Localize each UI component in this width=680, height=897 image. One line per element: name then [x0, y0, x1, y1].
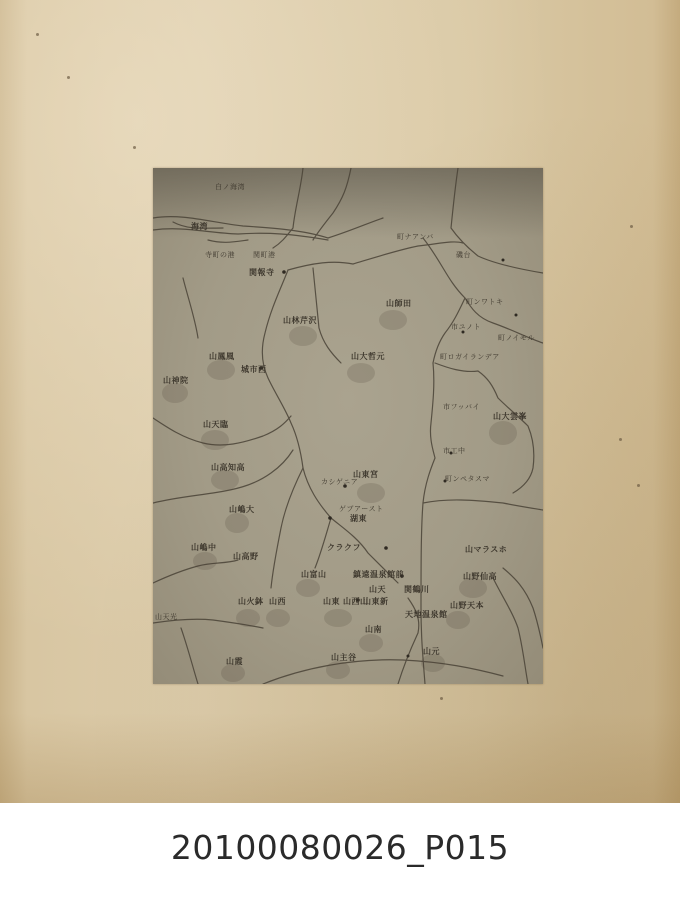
map-label: 山富山: [301, 569, 327, 580]
map-label: 山火鉢: [238, 596, 264, 607]
map-label: 町ロガイランデア: [440, 352, 500, 362]
map-label: 町ンペタスマ: [445, 474, 490, 484]
map-photograph: 白ノ海湾 海湾 寺町の港 関町港 関報寺 町ナアンバ 磯台 町ンワトキ 町ノイモ…: [153, 168, 543, 684]
paper-speck: [67, 76, 70, 79]
map-label: 山マラスホ: [465, 544, 507, 555]
paper-speck: [36, 33, 39, 36]
map-label: 白ノ海湾: [215, 182, 245, 192]
paper-speck: [440, 697, 443, 700]
map-label: 山東新: [363, 596, 389, 607]
map-label: 山元: [423, 646, 440, 657]
map-label: 山天: [369, 584, 386, 595]
map-label: 城市西: [241, 364, 267, 375]
map-label: 山南: [365, 624, 382, 635]
map-label: 市ユノト: [451, 322, 481, 332]
paper-speck: [630, 225, 633, 228]
map-label: 山天臨: [203, 419, 229, 430]
map-label: 山東: [323, 596, 340, 607]
map-label: 山嶋中: [191, 542, 217, 553]
map-label: 関鶴川: [404, 584, 430, 595]
paper-shading: [0, 713, 680, 803]
map-label: 山西: [269, 596, 286, 607]
map-label: 山高野: [233, 551, 259, 562]
map-label: 市工中: [443, 446, 466, 456]
map-label: 海湾: [191, 221, 208, 232]
map-label: 寺町の港: [205, 250, 235, 260]
map-label: 山天光: [155, 612, 178, 622]
map-label: 関町港: [253, 250, 276, 260]
map-label: 山神院: [163, 375, 189, 386]
map-label: クラクフ: [327, 542, 361, 553]
map-label: 磯台: [456, 250, 471, 260]
map-label: 山高知高: [211, 462, 245, 473]
paper-speck: [619, 438, 622, 441]
map-label: 市フッバイ: [443, 402, 480, 412]
map-label: 山鳳風: [209, 351, 235, 362]
map-label: 山主谷: [331, 652, 357, 663]
map-label: 山大哲元: [351, 351, 385, 362]
map-label: 山大雲峯: [493, 411, 527, 422]
map-label: 山林芹沢: [283, 315, 317, 326]
map-label: 関報寺: [249, 267, 275, 278]
map-label: 山師田: [386, 298, 412, 309]
map-label: 山嶋大: [229, 504, 255, 515]
map-label: 町ノイモル: [498, 333, 535, 343]
map-label: 山野仙高: [463, 571, 497, 582]
paper-speck: [133, 146, 136, 149]
image-id-caption: 20100080026_P015: [0, 828, 680, 867]
map-label: 湖東: [350, 513, 367, 524]
map-label: 鎮遠温泉館前: [353, 569, 404, 580]
map-label: 町ンワトキ: [466, 297, 504, 307]
map-label: 山東宮: [353, 469, 379, 480]
map-label: 町ナアンバ: [397, 232, 434, 242]
map-label: 天地温泉館: [405, 609, 448, 620]
paper-speck: [637, 484, 640, 487]
map-label: 山野天本: [450, 600, 484, 611]
map-label: 山霞: [226, 656, 243, 667]
